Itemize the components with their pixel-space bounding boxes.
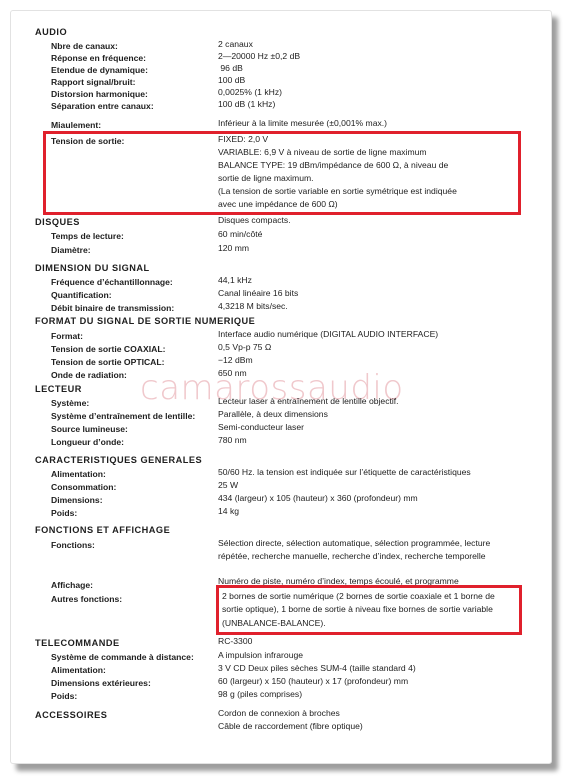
- section-title-dimension: DIMENSION DU SIGNAL: [35, 263, 150, 273]
- audio-label: Réponse en fréquence:: [51, 53, 146, 63]
- format-value: Interface audio numérique (DIGITAL AUDIO…: [218, 328, 438, 341]
- format-value: −12 dBm: [218, 354, 253, 367]
- telecommande-value: 98 g (piles comprises): [218, 688, 302, 701]
- disques-label: Diamètre:: [51, 245, 91, 255]
- audio-value: Inférieur à la limite mesurée (±0,001% m…: [218, 117, 387, 130]
- section-title-format: FORMAT DU SIGNAL DE SORTIE NUMERIQUE: [35, 316, 255, 326]
- section-title-lecteur: LECTEUR: [35, 384, 82, 394]
- audio-label: Distorsion harmonique:: [51, 89, 148, 99]
- autres-fonctions-label: Autres fonctions:: [51, 594, 122, 604]
- dimension-value: 4,3218 M bits/sec.: [218, 300, 288, 313]
- telecommande-label: Système de commande à distance:: [51, 652, 194, 662]
- generales-label: Alimentation:: [51, 469, 106, 479]
- section-title-audio: AUDIO: [35, 27, 67, 37]
- section-title-generales: CARACTERISTIQUES GENERALES: [35, 455, 202, 465]
- generales-value: 25 W: [218, 479, 238, 492]
- format-label: Tension de sortie COAXIAL:: [51, 344, 165, 354]
- tension-line: VARIABLE: 6,9 V à niveau de sortie de li…: [218, 146, 427, 159]
- disques-value: 120 mm: [218, 242, 249, 255]
- telecommande-value: 3 V CD Deux piles sèches SUM-4 (taille s…: [218, 662, 416, 675]
- format-value: 650 nm: [218, 367, 247, 380]
- audio-label: Nbre de canaux:: [51, 41, 118, 51]
- lecteur-value: Parallèle, à deux dimensions: [218, 408, 328, 421]
- affichage-label: Affichage:: [51, 580, 93, 590]
- lecteur-value: 780 nm: [218, 434, 247, 447]
- telecommande-value: RC-3300: [218, 635, 252, 648]
- format-label: Format:: [51, 331, 83, 341]
- telecommande-label: Dimensions extérieures:: [51, 678, 151, 688]
- format-label: Onde de radiation:: [51, 370, 127, 380]
- audio-label: Rapport signal/bruit:: [51, 77, 136, 87]
- spec-sheet-content: AUDIO Nbre de canaux: 2 canaux Réponse e…: [0, 0, 567, 780]
- accessoire-item: Cordon de connexion à broches: [218, 707, 340, 720]
- fonctions-value: Sélection directe, sélection automatique…: [218, 537, 506, 564]
- dimension-value: 44,1 kHz: [218, 274, 252, 287]
- telecommande-label: Alimentation:: [51, 665, 106, 675]
- audio-value: 100 dB (1 kHz): [218, 98, 275, 111]
- dimension-label: Quantification:: [51, 290, 112, 300]
- audio-label: Miaulement:: [51, 120, 101, 130]
- lecteur-label: Source lumineuse:: [51, 424, 128, 434]
- lecteur-value: Lecteur laser à entraînement de lentille…: [218, 395, 399, 408]
- disques-value: Disques compacts.: [218, 214, 291, 227]
- generales-value: 14 kg: [218, 505, 239, 518]
- fonctions-label: Fonctions:: [51, 540, 95, 550]
- section-title-telecommande: TELECOMMANDE: [35, 638, 120, 648]
- format-label: Tension de sortie OPTICAL:: [51, 357, 164, 367]
- audio-label: Etendue de dynamique:: [51, 65, 148, 75]
- telecommande-value: A impulsion infrarouge: [218, 649, 303, 662]
- disques-value: 60 min/côté: [218, 228, 262, 241]
- tension-line: (La tension de sortie variable en sortie…: [218, 185, 457, 198]
- tension-line: FIXED: 2,0 V: [218, 133, 268, 146]
- dimension-label: Fréquence d’échantillonnage:: [51, 277, 173, 287]
- accessoire-item: Câble de raccordement (fibre optique): [218, 720, 363, 733]
- lecteur-label: Longueur d’onde:: [51, 437, 124, 447]
- lecteur-value: Semi-conducteur laser: [218, 421, 304, 434]
- audio-label: Séparation entre canaux:: [51, 101, 154, 111]
- lecteur-label: Système d’entraînement de lentille:: [51, 411, 195, 421]
- generales-value: 434 (largeur) x 105 (hauteur) x 360 (pro…: [218, 492, 418, 505]
- tension-line: sortie de ligne maximum.: [218, 172, 314, 185]
- section-title-fonctions: FONCTIONS ET AFFICHAGE: [35, 525, 170, 535]
- section-title-accessoires: ACCESSOIRES: [35, 710, 107, 720]
- telecommande-value: 60 (largeur) x 150 (hauteur) x 17 (profo…: [218, 675, 408, 688]
- section-title-disques: DISQUES: [35, 217, 80, 227]
- affichage-value: Numéro de piste, numéro d’index, temps é…: [218, 575, 459, 585]
- format-value: 0,5 Vp-p 75 Ω: [218, 341, 271, 354]
- telecommande-label: Poids:: [51, 691, 77, 701]
- generales-label: Consommation:: [51, 482, 116, 492]
- dimension-value: Canal linéaire 16 bits: [218, 287, 298, 300]
- generales-label: Dimensions:: [51, 495, 103, 505]
- autres-fonctions-value: 2 bornes de sortie numérique (2 bornes d…: [222, 590, 514, 630]
- generales-label: Poids:: [51, 508, 77, 518]
- lecteur-label: Système:: [51, 398, 89, 408]
- tension-label: Tension de sortie:: [51, 136, 124, 146]
- disques-label: Temps de lecture:: [51, 231, 124, 241]
- dimension-label: Débit binaire de transmission:: [51, 303, 174, 313]
- tension-line: BALANCE TYPE: 19 dBm/impédance de 600 Ω,…: [218, 159, 448, 172]
- generales-value: 50/60 Hz. la tension est indiquée sur l’…: [218, 466, 471, 479]
- tension-line: avec une impédance de 600 Ω): [218, 198, 338, 211]
